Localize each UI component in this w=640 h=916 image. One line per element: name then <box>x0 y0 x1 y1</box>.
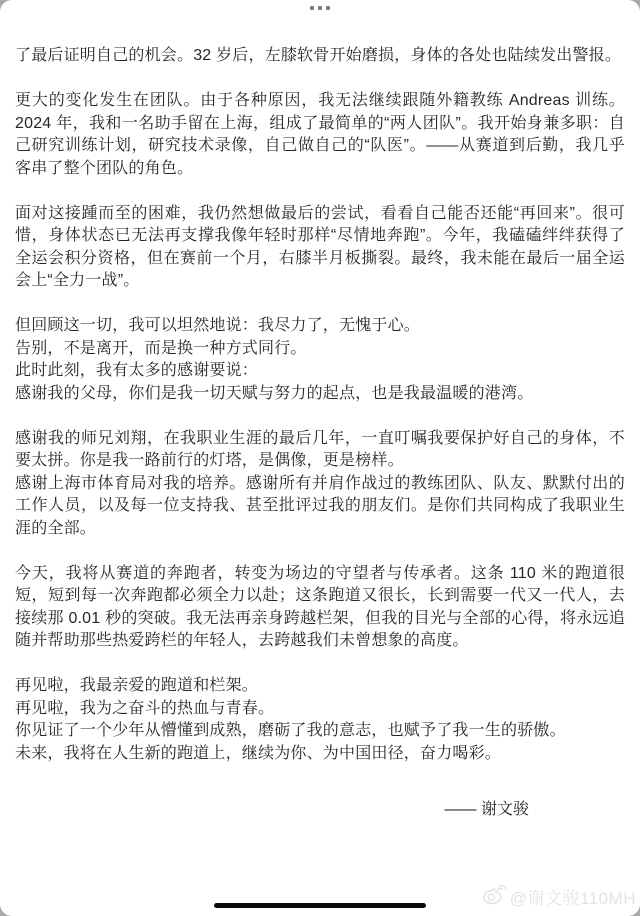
paragraph-3: 面对这接踵而至的困难，我仍然想做最后的尝试，看看自己能否还能“再回来”。很可惜，… <box>15 203 625 293</box>
paragraph-4: 但回顾这一切，我可以坦然地说：我尽力了，无愧于心。 告别，不是离开，而是换一种方… <box>15 315 625 405</box>
paragraph-6: 今天，我将从赛道的奔跑者，转变为场边的守望者与传承者。这条 110 米的跑道很短… <box>15 563 625 653</box>
more-ellipsis-icon <box>310 6 330 10</box>
paragraph-5: 感谢我的师兄刘翔，在我职业生涯的最后几年，一直叮嘱我要保护好自己的身体，不要太拼… <box>15 428 625 541</box>
watermark-text: @谢文骏110MH <box>510 890 636 907</box>
paragraph-7: 再见啦，我最亲爱的跑道和栏架。 再见啦，我为之奋斗的热血与青春。 你见证了一个少… <box>15 675 625 765</box>
paragraph-1: 了最后证明自己的机会。32 岁后，左膝软骨开始磨损，身体的各处也陆续发出警报。 <box>15 45 625 68</box>
signature: —— 谢文骏 <box>15 799 625 822</box>
weibo-logo-icon <box>482 885 507 911</box>
watermark: @谢文骏110MH <box>482 885 636 911</box>
paragraph-2: 更大的变化发生在团队。由于各种原因，我无法继续跟随外籍教练 Andreas 训练… <box>15 90 625 180</box>
home-indicator-bar[interactable] <box>214 903 426 908</box>
letter-card: 了最后证明自己的机会。32 岁后，左膝软骨开始磨损，身体的各处也陆续发出警报。 … <box>0 0 640 916</box>
letter-body: 了最后证明自己的机会。32 岁后，左膝软骨开始磨损，身体的各处也陆续发出警报。 … <box>0 45 640 822</box>
